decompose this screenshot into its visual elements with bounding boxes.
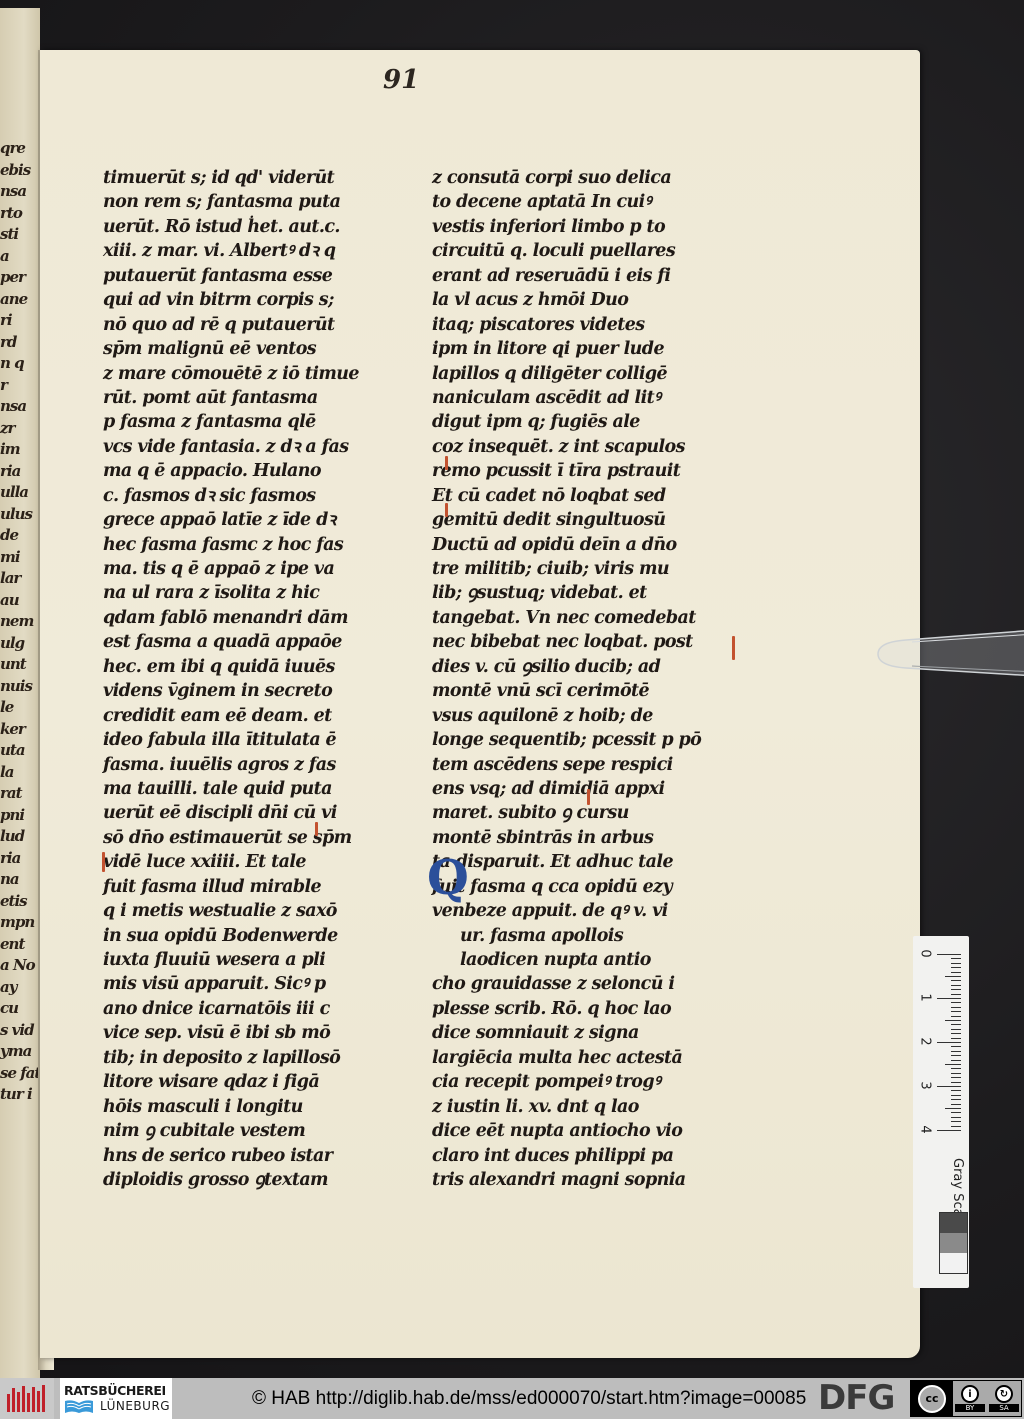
ruler-tick (937, 1086, 961, 1087)
ruler-number: 2 (918, 1037, 933, 1045)
rubric-stroke (732, 636, 735, 660)
manuscript-line: remo pcussit ī tīra pstrauit (432, 459, 772, 483)
ruler-tick (945, 976, 961, 977)
ruler-tick (937, 1042, 961, 1043)
verso-fragment: ay (0, 977, 40, 999)
manuscript-line: lib; ꝯsustuq; videbat. et (432, 581, 772, 605)
manuscript-line: credidit eam eē deam. et (103, 704, 403, 728)
manuscript-line: erant ad reseruādū i eis fi (432, 264, 772, 288)
manuscript-line: q i metis westualie z saxō (103, 899, 403, 923)
rubric-stroke (102, 852, 105, 872)
cc-license-badge[interactable]: cc i BY ↻ SA (910, 1380, 1022, 1417)
verso-fragment: au (0, 590, 40, 612)
manuscript-line: est fasma a quadā appaōe (103, 630, 403, 654)
manuscript-line: nim ꝯ cubitale vestem (103, 1119, 403, 1143)
ruler-tick (951, 1055, 961, 1056)
rubric-stroke (587, 789, 590, 805)
verso-fragment: mi (0, 547, 40, 569)
copyright-link[interactable]: © HAB http://diglib.hab.de/mss/ed000070/… (252, 1388, 806, 1410)
ruler-tick (951, 1002, 961, 1003)
folio-number: 91 (383, 65, 419, 95)
manuscript-line: z mare cōmouētē z iō timue (103, 362, 403, 386)
manuscript-line: dies v. cū ꝯsilio ducib; ad (432, 655, 772, 679)
verso-fragment: ebis (0, 160, 40, 182)
ruler-tick (951, 1121, 961, 1122)
manuscript-line: ideo fabula illa ītitulata ē (103, 728, 403, 752)
sa-label: SA (989, 1404, 1019, 1412)
manuscript-line: coz insequēt. z int scapulos (432, 435, 772, 459)
manuscript-line: tangebat. Vn nec comedebat (432, 606, 772, 630)
gray-scale-swatches (939, 1212, 968, 1274)
manuscript-line: la vl acus z hmōi Duo (432, 288, 772, 312)
manuscript-line: digut ipm q; fugiēs ale (432, 410, 772, 434)
manuscript-line: vestis inferiori limbo p to (432, 215, 772, 239)
manuscript-line: qui ad vin bitrm corpis s; (103, 288, 403, 312)
verso-fragment: ker (0, 719, 40, 741)
cc-icon: cc (918, 1385, 946, 1413)
verso-text-fragments: qreebisnsartostiaperanerirdn qrnsazrimri… (0, 138, 40, 1106)
manuscript-line: largiēcia multa hec actestā (432, 1046, 772, 1070)
ruler-tick (951, 1090, 961, 1091)
verso-fragment: a No (0, 955, 40, 977)
open-book-icon (64, 1398, 94, 1414)
verso-page-edge: qreebisnsartostiaperanerirdn qrnsazrimri… (0, 8, 40, 1378)
verso-fragment: nem (0, 611, 40, 633)
manuscript-line: in sua opidū Bodenwerde (103, 924, 403, 948)
verso-fragment: ulla (0, 482, 40, 504)
manuscript-line: ta disparuit. Et adhuc tale (432, 850, 772, 874)
verso-fragment: unt (0, 654, 40, 676)
verso-fragment: nsa (0, 181, 40, 203)
manuscript-line: diploidis grosso ꝯtextam (103, 1168, 403, 1192)
verso-fragment: rd (0, 332, 40, 354)
ruler-tick (945, 1020, 961, 1021)
ruler-tick (945, 1064, 961, 1065)
verso-fragment: a (0, 246, 40, 268)
text-column-left: timuerūt s; id qd' viderūtnon rem s; fan… (103, 166, 403, 1192)
manuscript-line: vsus aquilonē z hoib; de (432, 704, 772, 728)
ruler-tick (951, 1077, 961, 1078)
manuscript-line: itaq; piscatores videtes (432, 313, 772, 337)
manuscript-line: maret. subito ꝯ cursu (432, 801, 772, 825)
verso-fragment: ulg (0, 633, 40, 655)
manuscript-line: na ul rara z īsolita z hic (103, 581, 403, 605)
library-city: LÜNEBURG (100, 1399, 170, 1413)
ruler-tick (951, 1007, 961, 1008)
verso-fragment: la (0, 762, 40, 784)
manuscript-line: grece appaō latīe z īde dꝛ (103, 508, 403, 532)
manuscript-line: iuxta fluuiū wesera a pli (103, 948, 403, 972)
verso-fragment: cu (0, 998, 40, 1020)
ruler-tick (951, 1099, 961, 1100)
verso-fragment: uta (0, 740, 40, 762)
verso-fragment: qre (0, 138, 40, 160)
swatch-mid (940, 1233, 967, 1253)
ruler-tick (951, 1024, 961, 1025)
ruler-tick (951, 1117, 961, 1118)
manuscript-line: gemitū dedit singultuosū (432, 508, 772, 532)
verso-fragment: le (0, 697, 40, 719)
share-alike-icon: ↻ (995, 1385, 1013, 1403)
ratsbuecherei-logo[interactable]: RATSBÜCHEREI LÜNEBURG (60, 1378, 172, 1419)
ruler-tick (951, 963, 961, 964)
manuscript-line: naniculam ascēdit ad litꝰ (432, 386, 772, 410)
manuscript-line: tem ascēdens sepe respici (432, 753, 772, 777)
manuscript-line: ipm in litore qi puer lude (432, 337, 772, 361)
library-name: RATSBÜCHEREI (64, 1383, 172, 1398)
ruler-tick (951, 972, 961, 973)
ruler-tick (951, 1126, 961, 1127)
manuscript-line: cho grauidasse z seloncū i (432, 972, 772, 996)
manuscript-line: Et cū cadet nō loqbat sed (432, 484, 772, 508)
verso-fragment: per (0, 267, 40, 289)
verso-fragment: etis (0, 891, 40, 913)
manuscript-line: hns de serico rubeo istar (103, 1144, 403, 1168)
text-column-right: z consutā corpi suo delicato decene apta… (432, 166, 772, 1192)
ruler-number: 1 (918, 993, 933, 1001)
manuscript-line: timuerūt s; id qd' viderūt (103, 166, 403, 190)
rubric-stroke (445, 503, 448, 517)
verso-fragment: tur i (0, 1084, 40, 1106)
manuscript-line: mis visū apparuit. Sicꝰ p (103, 972, 403, 996)
manuscript-line: fuit fasma q cca opidū ezy (432, 875, 772, 899)
manuscript-line: vidē luce xxiiii. Et tale (103, 850, 403, 874)
verso-fragment: ent (0, 934, 40, 956)
manuscript-line: fasma. iuuēlis agros z fas (103, 753, 403, 777)
manuscript-line: sp̄m malignū eē ventos (103, 337, 403, 361)
manuscript-line: ur. fasma apollois (432, 924, 772, 948)
manuscript-line: vice sep. visū ē ibi sb mō (103, 1021, 403, 1045)
manuscript-line: vcs vide fantasia. z dꝛ a fas (103, 435, 403, 459)
manuscript-line: ens vsq; ad dimidiā appxi (432, 777, 772, 801)
manuscript-line: tib; in deposito z lapillosō (103, 1046, 403, 1070)
verso-fragment: se fat (0, 1063, 40, 1085)
verso-fragment: sti (0, 224, 40, 246)
manuscript-line: dice eēt nupta antiocho vio (432, 1119, 772, 1143)
manuscript-line: hec. em ibi q quidā iuuēs (103, 655, 403, 679)
manuscript-line: ma tauilli. tale quid puta (103, 777, 403, 801)
ruler-tick (951, 1038, 961, 1039)
attribution-icon: i (961, 1385, 979, 1403)
manuscript-line: c. fasmos dꝛ sic fasmos (103, 484, 403, 508)
verso-fragment: lar (0, 568, 40, 590)
manuscript-line: putauerūt fantasma esse (103, 264, 403, 288)
bars-icon (5, 1384, 49, 1414)
ruler-tick (951, 1046, 961, 1047)
verso-fragment: rat (0, 783, 40, 805)
ruler-tick (951, 1068, 961, 1069)
ruler-tick (937, 1130, 961, 1131)
manuscript-line: ma q ē appacio. Hulano (103, 459, 403, 483)
verso-fragment: ri (0, 310, 40, 332)
verso-fragment: yma (0, 1041, 40, 1063)
manuscript-line: z consutā corpi suo delica (432, 166, 772, 190)
verso-fragment: s vid (0, 1020, 40, 1042)
swatch-dark (940, 1213, 967, 1233)
page-clip (876, 626, 1024, 678)
ruler-tick (951, 1029, 961, 1030)
verso-fragment: im (0, 439, 40, 461)
manuscript-line: Ductū ad opidū deīn a dn̄o (432, 533, 772, 557)
manuscript-line: hōis masculi i longitu (103, 1095, 403, 1119)
rubric-stroke (315, 822, 318, 836)
manuscript-line: uerūt. Rō istud ḣet. aut.c. (103, 215, 403, 239)
ruler-tick (937, 998, 961, 999)
library-bars-logo (0, 1378, 54, 1419)
manuscript-line: hec fasma fasmc z hoc fas (103, 533, 403, 557)
verso-fragment: ulus (0, 504, 40, 526)
ruler-tick (951, 980, 961, 981)
manuscript-line: cia recepit pompeiꝰ trogꝰ (432, 1070, 772, 1094)
ruler-tick (945, 1108, 961, 1109)
manuscript-line: longe sequentib; pcessit p pō (432, 728, 772, 752)
manuscript-line: xiii. z mar. vi. Albertꝰ dꝛ q (103, 239, 403, 263)
verso-fragment: rto (0, 203, 40, 225)
manuscript-line: z iustin li. xv. dnt q lao (432, 1095, 772, 1119)
verso-fragment: ane (0, 289, 40, 311)
manuscript-line: tre militib; ciuib; viris mu (432, 557, 772, 581)
verso-fragment: ria (0, 461, 40, 483)
ruler-tick (951, 1082, 961, 1083)
dfg-logo: DFG (818, 1381, 894, 1415)
footer-bar: RATSBÜCHEREI LÜNEBURG © HAB http://digli… (0, 1378, 1024, 1419)
manuscript-line: montē sbintrās in arbus (432, 826, 772, 850)
ruler-tick (951, 1104, 961, 1105)
decorated-initial: Q (427, 854, 469, 902)
ruler-tick (951, 1016, 961, 1017)
manuscript-line: fuit fasma illud mirable (103, 875, 403, 899)
ruler-number: 4 (918, 1125, 933, 1133)
ruler-tick (951, 1011, 961, 1012)
manuscript-line: tris alexandri magni sopnia (432, 1168, 772, 1192)
verso-fragment: r (0, 375, 40, 397)
scale-card: Gray Scale 01234 (913, 936, 969, 1288)
manuscript-line: nec bibebat nec loqbat. post (432, 630, 772, 654)
manuscript-line: uerūt eē discipli dn̄i cū vi (103, 801, 403, 825)
manuscript-line: to decene aptatā In cuiꝰ (432, 190, 772, 214)
ruler-tick (951, 1112, 961, 1113)
ruler-number: 0 (918, 949, 933, 957)
verso-fragment: n q (0, 353, 40, 375)
ruler-tick (951, 1095, 961, 1096)
manuscript-line: nō quo ad rē q putauerūt (103, 313, 403, 337)
ruler-tick (951, 958, 961, 959)
manuscript-line: ma. tis q ē appaō z ipe va (103, 557, 403, 581)
manuscript-line: litore wisare qdaz i figā (103, 1070, 403, 1094)
verso-fragment: de (0, 525, 40, 547)
manuscript-line: dice somniauit z signa (432, 1021, 772, 1045)
manuscript-line: montē vnū scī cerimōtē (432, 679, 772, 703)
manuscript-line: venbeze appuit. de qꝰ v. vi (432, 899, 772, 923)
ruler-tick (951, 1051, 961, 1052)
ruler-tick (951, 1073, 961, 1074)
ruler-tick (951, 994, 961, 995)
verso-fragment: zr (0, 418, 40, 440)
manuscript-line: sō dn̄o estimauerūt se sp̄m (103, 826, 403, 850)
verso-fragment: pni (0, 805, 40, 827)
manuscript-line: plesse scrib. Rō. q hoc lao (432, 997, 772, 1021)
verso-fragment: nsa (0, 396, 40, 418)
manuscript-line: ano dnice icarnatōis iii c (103, 997, 403, 1021)
rubric-stroke (445, 456, 448, 470)
manuscript-line: circuitū q. loculi puellares (432, 239, 772, 263)
verso-fragment: mpn (0, 912, 40, 934)
manuscript-line: rūt. pomt aūt fantasma (103, 386, 403, 410)
by-label: BY (955, 1404, 985, 1412)
manuscript-line: laodicen nupta antio (432, 948, 772, 972)
manuscript-line: p fasma z fantasma qlē (103, 410, 403, 434)
verso-fragment: lud (0, 826, 40, 848)
ruler-tick (951, 967, 961, 968)
ruler-tick (951, 985, 961, 986)
verso-fragment: nuis (0, 676, 40, 698)
manuscript-line: qdam fablō menandri dām (103, 606, 403, 630)
ruler-tick (951, 1060, 961, 1061)
swatch-light (940, 1253, 967, 1273)
manuscript-line: non rem s; fantasma puta (103, 190, 403, 214)
ruler-tick (951, 1033, 961, 1034)
manuscript-line: lapillos q diligēter colligē (432, 362, 772, 386)
ruler-tick (937, 954, 961, 955)
manuscript-line: claro int duces philippi pa (432, 1144, 772, 1168)
ruler-number: 3 (918, 1081, 933, 1089)
verso-fragment: ria (0, 848, 40, 870)
verso-fragment: na (0, 869, 40, 891)
ruler-tick (951, 989, 961, 990)
manuscript-line: videns v̄ginem in secreto (103, 679, 403, 703)
